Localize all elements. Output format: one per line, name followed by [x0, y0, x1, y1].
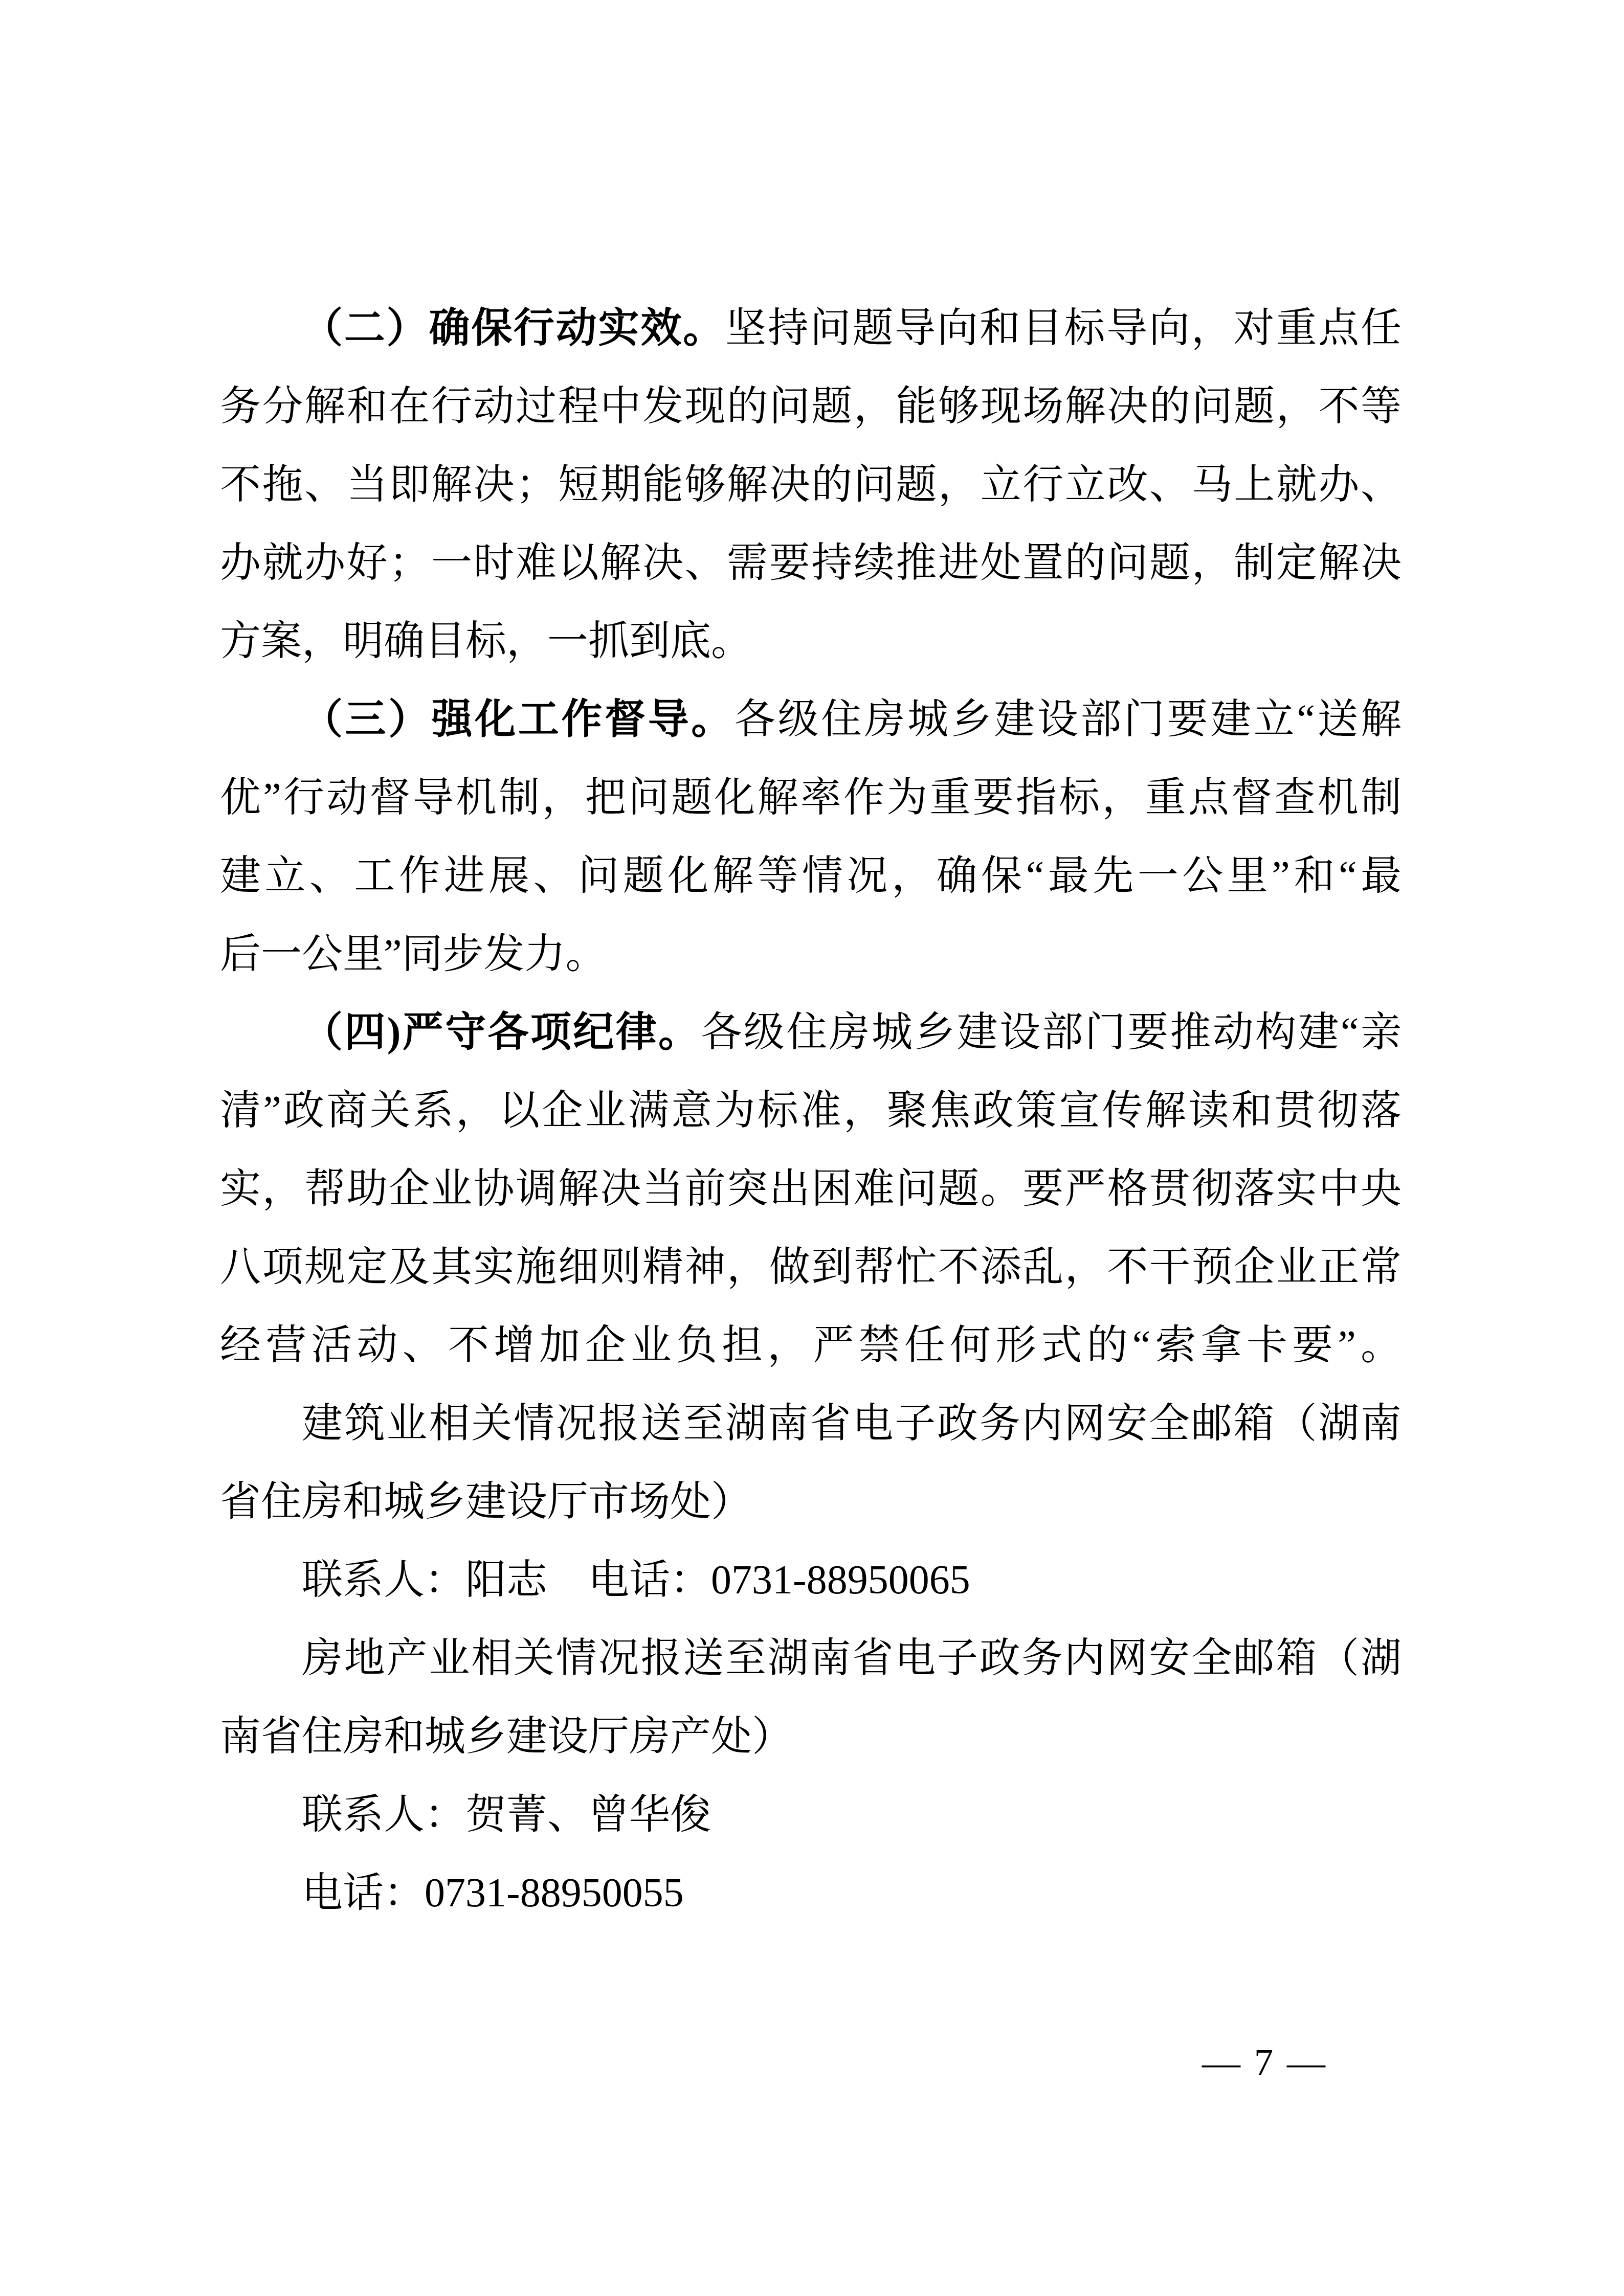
line-text: 八项规定及其实施细则精神，做到帮忙不添乱，不干预企业正常	[220, 1245, 1401, 1290]
document-body: （二）确保行动实效。坚持问题导向和目标导向，对重点任 务分解和在行动过程中发现的…	[220, 289, 1401, 1932]
line-text: 不拖、当即解决；短期能够解决的问题，立行立改、马上就办、	[220, 462, 1401, 507]
paragraph-lead-bold: （三）强化工作督导。	[302, 697, 735, 742]
line-text: 方案，明确目标，一抓到底。	[220, 619, 752, 664]
page-number: — 7 —	[1202, 2042, 1327, 2084]
line-text: 建筑业相关情况报送至湖南省电子政务内网安全邮箱（湖南	[302, 1401, 1401, 1446]
line-text: 优”行动督导机制，把问题化解率作为重要指标，重点督查机制	[220, 775, 1401, 820]
text-line: 实，帮助企业协调解决当前突出困难问题。要严格贯彻落实中央	[220, 1150, 1401, 1228]
text-line: 后一公里”同步发力。	[220, 915, 1401, 994]
line-text: 清”政商关系，以企业满意为标准，聚焦政策宣传解读和贯彻落	[220, 1088, 1401, 1133]
text-line: 清”政商关系，以企业满意为标准，聚焦政策宣传解读和贯彻落	[220, 1072, 1401, 1150]
text-line: （二）确保行动实效。坚持问题导向和目标导向，对重点任	[220, 289, 1401, 368]
line-text: 电话：0731-88950055	[302, 1871, 684, 1916]
text-line: 经营活动、不增加企业负担，严禁任何形式的“索拿卡要”。	[220, 1307, 1401, 1385]
line-text: 各级住房城乡建设部门要建立“送解	[735, 697, 1401, 742]
line-text: 各级住房城乡建设部门要推动构建“亲	[701, 1010, 1401, 1055]
text-line: 务分解和在行动过程中发现的问题，能够现场解决的问题，不等	[220, 368, 1401, 446]
line-text: 省住房和城乡建设厅市场处）	[220, 1479, 752, 1524]
contact-line: 联系人：贺菁、曾华俊	[220, 1776, 1401, 1854]
contact-line: 联系人：阳志 电话：0731-88950065	[220, 1541, 1401, 1619]
line-text: 房地产业相关情况报送至湖南省电子政务内网安全邮箱（湖	[302, 1636, 1401, 1681]
text-line: 办就办好；一时难以解决、需要持续推进处置的问题，制定解决	[220, 524, 1401, 602]
paragraph-lead-bold: （二）确保行动实效。	[302, 306, 725, 351]
line-text: 经营活动、不增加企业负担，严禁任何形式的“索拿卡要”。	[220, 1323, 1401, 1368]
text-line: 建筑业相关情况报送至湖南省电子政务内网安全邮箱（湖南	[220, 1385, 1401, 1463]
line-text: 办就办好；一时难以解决、需要持续推进处置的问题，制定解决	[220, 541, 1401, 586]
text-line: 南省住房和城乡建设厅房产处）	[220, 1698, 1401, 1776]
text-line: 房地产业相关情况报送至湖南省电子政务内网安全邮箱（湖	[220, 1619, 1401, 1698]
text-line: 方案，明确目标，一抓到底。	[220, 602, 1401, 681]
text-line: 优”行动督导机制，把问题化解率作为重要指标，重点督查机制	[220, 759, 1401, 837]
line-text: 南省住房和城乡建设厅房产处）	[220, 1714, 793, 1759]
text-line: 省住房和城乡建设厅市场处）	[220, 1463, 1401, 1541]
line-text: 务分解和在行动过程中发现的问题，能够现场解决的问题，不等	[220, 384, 1401, 429]
line-text: 坚持问题导向和目标导向，对重点任	[725, 306, 1401, 351]
line-text: 联系人：阳志 电话：0731-88950065	[302, 1558, 970, 1603]
text-line: 不拖、当即解决；短期能够解决的问题，立行立改、马上就办、	[220, 446, 1401, 524]
text-line: （三）强化工作督导。各级住房城乡建设部门要建立“送解	[220, 681, 1401, 759]
contact-line: 电话：0731-88950055	[220, 1854, 1401, 1932]
text-line: 八项规定及其实施细则精神，做到帮忙不添乱，不干预企业正常	[220, 1228, 1401, 1307]
text-line: 建立、工作进展、问题化解等情况，确保“最先一公里”和“最	[220, 837, 1401, 915]
paragraph-lead-bold: （四)严守各项纪律。	[302, 1010, 701, 1055]
line-text: 联系人：贺菁、曾华俊	[302, 1792, 711, 1837]
document-page: （二）确保行动实效。坚持问题导向和目标导向，对重点任 务分解和在行动过程中发现的…	[0, 0, 1624, 2296]
text-line: （四)严守各项纪律。各级住房城乡建设部门要推动构建“亲	[220, 994, 1401, 1072]
line-text: 后一公里”同步发力。	[220, 932, 607, 977]
line-text: 实，帮助企业协调解决当前突出困难问题。要严格贯彻落实中央	[220, 1166, 1401, 1211]
line-text: 建立、工作进展、问题化解等情况，确保“最先一公里”和“最	[220, 853, 1401, 898]
